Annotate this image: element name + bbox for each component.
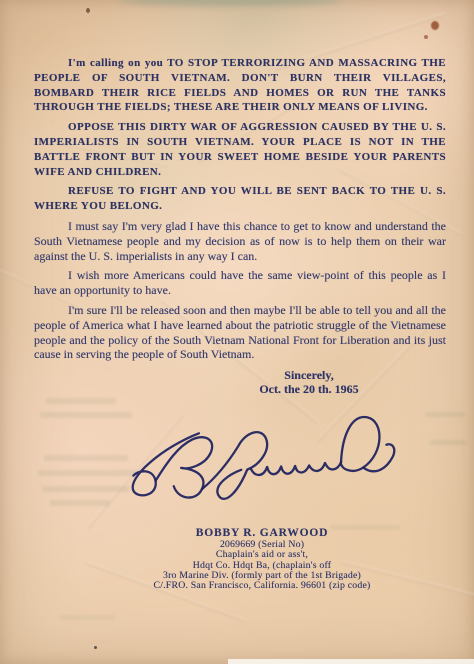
- scanned-leaflet-page: I'm calling on you TO STOP TERRORIZING A…: [0, 0, 474, 664]
- signature-scribble: [103, 407, 426, 518]
- handwritten-signature: [103, 407, 426, 518]
- letter-paragraph: I'm calling on you TO STOP TERRORIZING A…: [34, 56, 446, 115]
- letter-body: I'm calling on you TO STOP TERRORIZING A…: [34, 56, 446, 396]
- signer-address: C/.FRO. San Francisco, California. 96601…: [50, 581, 474, 591]
- letter-paragraph: I'm sure I'll be released soon and then …: [34, 303, 446, 362]
- signature-block: BOBBY R. GARWOOD 2069669 (Serial No) Cha…: [50, 527, 474, 591]
- closing-date: Oct. the 20 th. 1965: [194, 383, 424, 397]
- letter-paragraph: I wish more Americans could have the sam…: [34, 268, 446, 298]
- closing-salutation: Sincerely,: [194, 369, 424, 383]
- letter-paragraph: OPPOSE THIS DIRTY WAR OF AGGRESSION CAUS…: [34, 120, 446, 179]
- letter-paragraph: I must say I'm very glad I have this cha…: [34, 219, 446, 263]
- closing-block: Sincerely, Oct. the 20 th. 1965: [194, 369, 424, 396]
- scan-edge-artifact: [228, 659, 474, 664]
- letter-paragraph: REFUSE TO FIGHT AND YOU WILL BE SENT BAC…: [34, 184, 446, 214]
